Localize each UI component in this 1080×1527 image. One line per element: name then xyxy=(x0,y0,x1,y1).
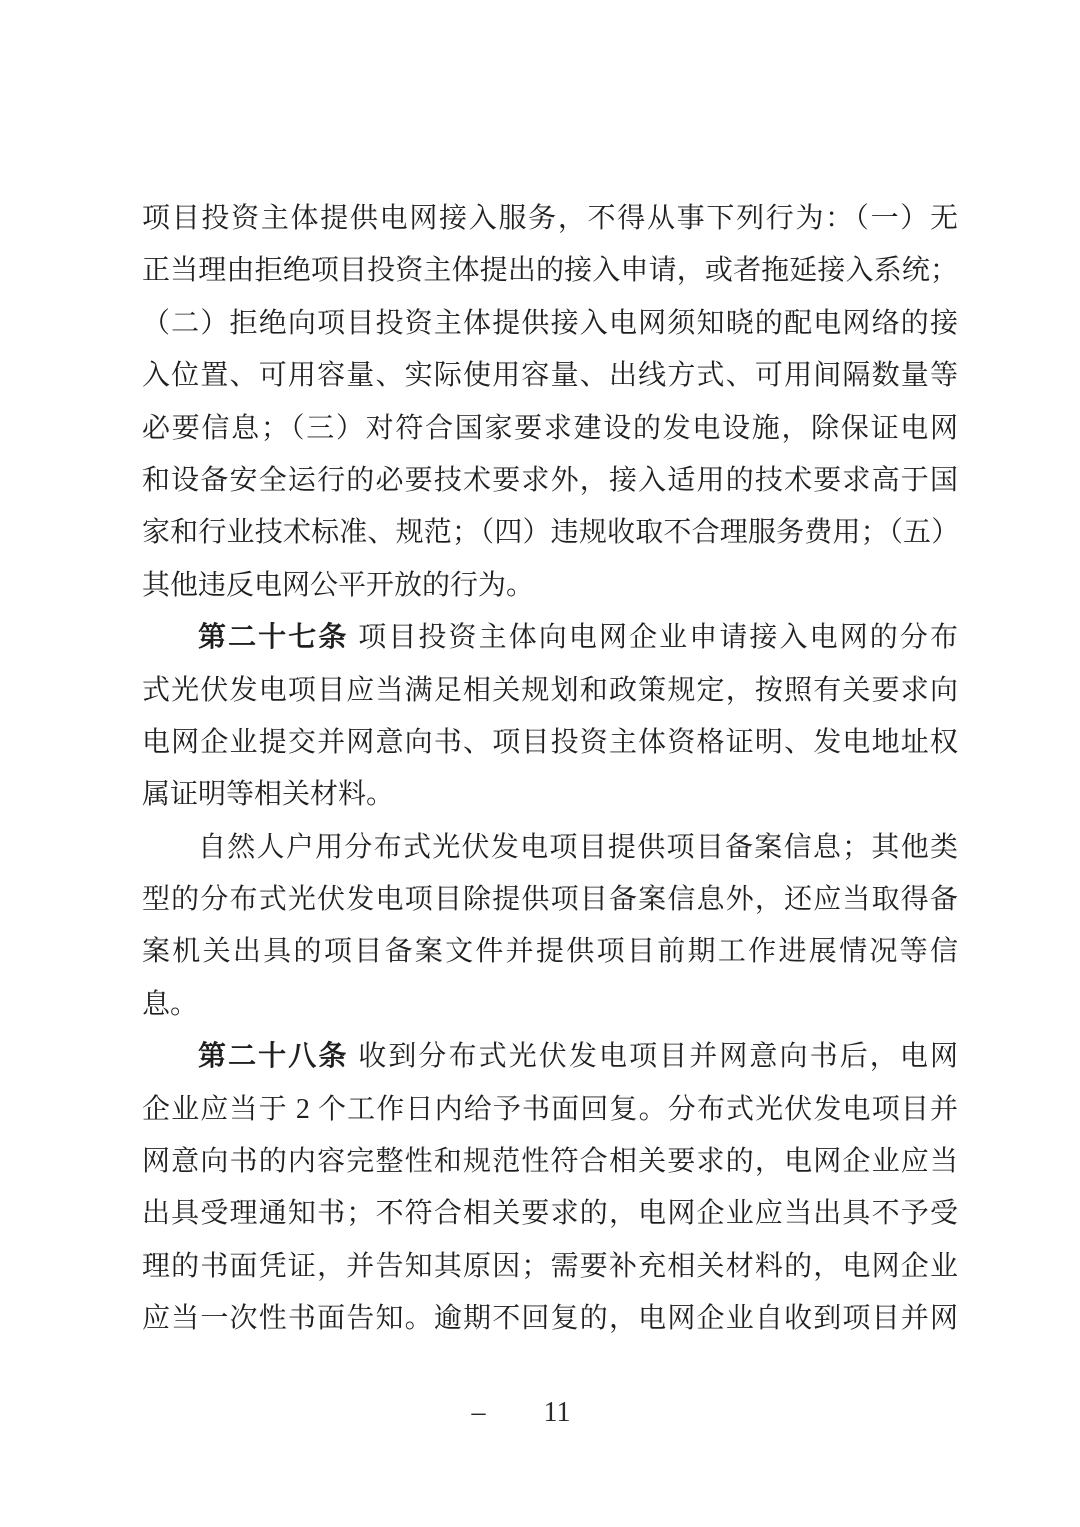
line-text: 其他违反电网公平开放的行为。 xyxy=(142,570,534,601)
text-line: 家和行业技术标准、规范；（四）违规收取不合理服务费用；（五） xyxy=(142,507,958,559)
text-line: 网意向书的内容完整性和规范性符合相关要求的，电网企业应当 xyxy=(142,1136,958,1188)
line-text: 项目投资主体向电网企业申请接入电网的分布 xyxy=(358,622,958,653)
article-number: 第二十八条 xyxy=(198,1041,348,1072)
line-text: 家和行业技术标准、规范；（四）违规收取不合理服务费用；（五） xyxy=(142,517,958,548)
line-text: 应当一次性书面告知。逾期不回复的，电网企业自收到项目并网 xyxy=(142,1303,958,1334)
text-line: 理的书面凭证，并告知其原因；需要补充相关材料的，电网企业 xyxy=(142,1241,958,1293)
line-text: 理的书面凭证，并告知其原因；需要补充相关材料的，电网企业 xyxy=(142,1251,958,1282)
text-line: （二）拒绝向项目投资主体提供接入电网须知晓的配电网络的接 xyxy=(142,298,958,350)
line-text: 项目投资主体提供电网接入服务，不得从事下列行为：（一）无 xyxy=(142,203,958,234)
page-footer: – 11 xyxy=(0,1396,1061,1430)
text-line: 自然人户用分布式光伏发电项目提供项目备案信息；其他类 xyxy=(142,822,958,874)
text-line: 项目投资主体提供电网接入服务，不得从事下列行为：（一）无 xyxy=(142,193,958,245)
line-text: 企业应当于 2 个工作日内给予书面回复。分布式光伏发电项目并 xyxy=(142,1094,958,1125)
text-line: 必要信息；（三）对符合国家要求建设的发电设施，除保证电网 xyxy=(142,403,958,455)
text-line: 第二十七条项目投资主体向电网企业申请接入电网的分布 xyxy=(142,612,958,664)
line-text: 出具受理通知书；不符合相关要求的，电网企业应当出具不予受 xyxy=(142,1198,958,1229)
line-text: 收到分布式光伏发电项目并网意向书后，电网 xyxy=(358,1041,958,1072)
line-text: 属证明等相关材料。 xyxy=(142,779,394,810)
text-line: 电网企业提交并网意向书、项目投资主体资格证明、发电地址权 xyxy=(142,717,958,769)
footer-dash: – xyxy=(472,1396,486,1430)
text-line: 其他违反电网公平开放的行为。 xyxy=(142,560,958,612)
article-number: 第二十七条 xyxy=(198,622,348,653)
text-line: 和设备安全运行的必要技术要求外，接入适用的技术要求高于国 xyxy=(142,455,958,507)
text-line: 属证明等相关材料。 xyxy=(142,769,958,821)
document-page: 项目投资主体提供电网接入服务，不得从事下列行为：（一）无正当理由拒绝项目投资主体… xyxy=(0,0,1080,1527)
text-line: 型的分布式光伏发电项目除提供项目备案信息外，还应当取得备 xyxy=(142,874,958,926)
text-line: 式光伏发电项目应当满足相关规划和政策规定，按照有关要求向 xyxy=(142,665,958,717)
line-text: 息。 xyxy=(142,989,198,1020)
text-line: 正当理由拒绝项目投资主体提出的接入申请，或者拖延接入系统； xyxy=(142,245,958,297)
text-line: 应当一次性书面告知。逾期不回复的，电网企业自收到项目并网 xyxy=(142,1293,958,1345)
page-number: 11 xyxy=(544,1396,571,1430)
line-text: 正当理由拒绝项目投资主体提出的接入申请，或者拖延接入系统； xyxy=(142,255,958,286)
line-text: 案机关出具的项目备案文件并提供项目前期工作进展情况等信 xyxy=(142,936,958,967)
text-line: 出具受理通知书；不符合相关要求的，电网企业应当出具不予受 xyxy=(142,1188,958,1240)
text-line: 企业应当于 2 个工作日内给予书面回复。分布式光伏发电项目并 xyxy=(142,1084,958,1136)
line-text: 型的分布式光伏发电项目除提供项目备案信息外，还应当取得备 xyxy=(142,884,958,915)
line-text: 自然人户用分布式光伏发电项目提供项目备案信息；其他类 xyxy=(198,832,958,863)
line-text: 电网企业提交并网意向书、项目投资主体资格证明、发电地址权 xyxy=(142,727,958,758)
line-text: 入位置、可用容量、实际使用容量、出线方式、可用间隔数量等 xyxy=(142,360,958,391)
document-body: 项目投资主体提供电网接入服务，不得从事下列行为：（一）无正当理由拒绝项目投资主体… xyxy=(142,193,958,1346)
text-line: 案机关出具的项目备案文件并提供项目前期工作进展情况等信 xyxy=(142,926,958,978)
text-line: 入位置、可用容量、实际使用容量、出线方式、可用间隔数量等 xyxy=(142,350,958,402)
text-line: 息。 xyxy=(142,979,958,1031)
text-line: 第二十八条收到分布式光伏发电项目并网意向书后，电网 xyxy=(142,1031,958,1083)
line-text: 网意向书的内容完整性和规范性符合相关要求的，电网企业应当 xyxy=(142,1146,958,1177)
line-text: （二）拒绝向项目投资主体提供接入电网须知晓的配电网络的接 xyxy=(142,308,958,339)
line-text: 式光伏发电项目应当满足相关规划和政策规定，按照有关要求向 xyxy=(142,675,958,706)
line-text: 必要信息；（三）对符合国家要求建设的发电设施，除保证电网 xyxy=(142,413,958,444)
line-text: 和设备安全运行的必要技术要求外，接入适用的技术要求高于国 xyxy=(142,465,958,496)
